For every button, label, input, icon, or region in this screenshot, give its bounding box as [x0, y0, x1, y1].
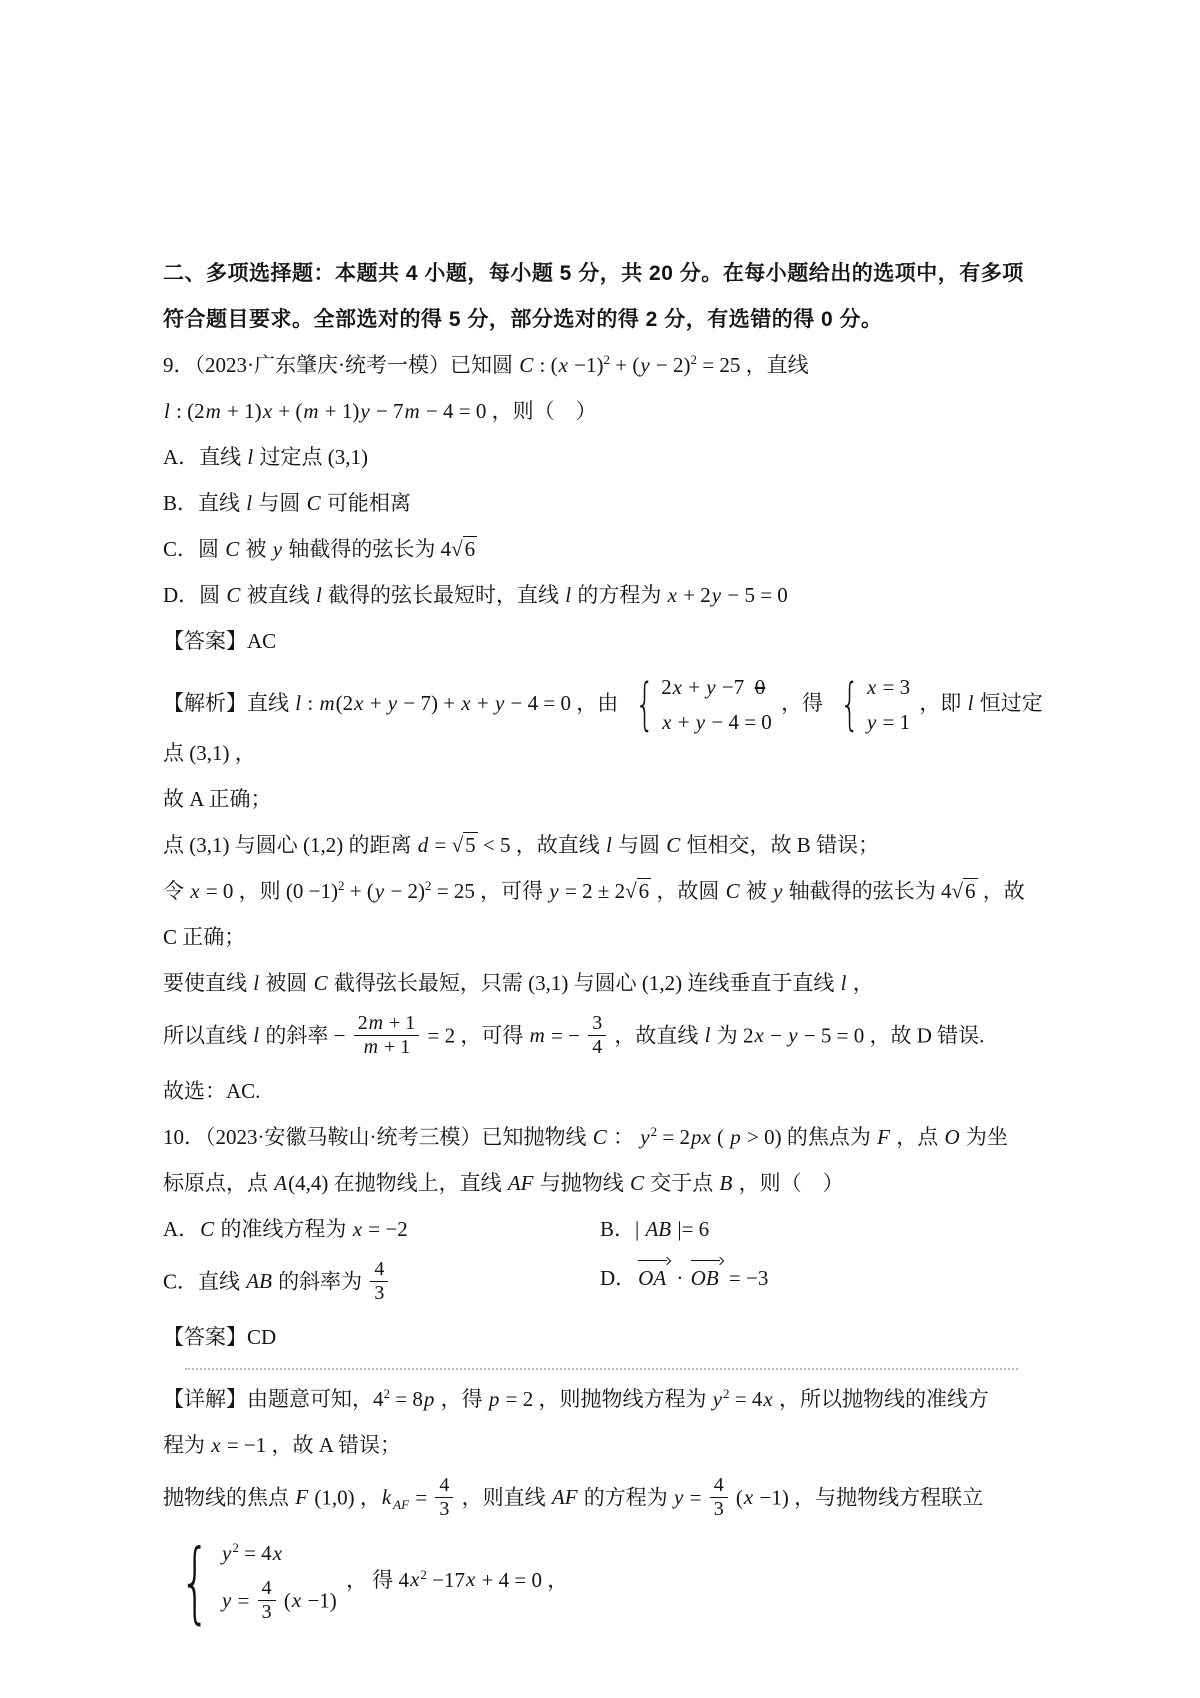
q10-answer: 【答案】CD — [163, 1322, 1063, 1353]
q9-analysis-line-6: 要使直线 l 被圆 C 截得弦长最短，只需 (3,1) 与圆心 (1,2) 连线… — [163, 968, 1063, 999]
document-page: 二、多项选择题：本题共 4 小题，每小题 5 分，共 20 分。在每小题给出的选… — [0, 0, 1200, 1698]
section-header-line-1: 二、多项选择题：本题共 4 小题，每小题 5 分，共 20 分。在每小题给出的选… — [163, 258, 1063, 289]
q10-option-c: C．直线 AB 的斜率为 43 — [163, 1260, 600, 1307]
q10-options-row-1: A．C 的准线方程为 x = −2 B．| AB |= 6 — [163, 1214, 1063, 1245]
q10-detail-line-1: 【详解】由题意可知，42 = 8p ，得 p = 2 ，则抛物线方程为 y2 =… — [163, 1384, 1063, 1415]
q9-analysis-line-7: 所以直线 l 的斜率 − 2m + 1m + 1 = 2 ，可得 m = − 3… — [163, 1014, 1063, 1061]
q10-option-b: B．| AB |= 6 — [600, 1214, 709, 1245]
q10-stem-line-1: 10．（2023·安徽马鞍山·统考三模）已知抛物线 C ： y2 = 2px (… — [163, 1122, 1063, 1153]
q9-analysis-line-4: 令 x = 0 ，则 (0 −1)2 + (y − 2)2 = 25 ，可得 y… — [163, 876, 1063, 907]
q10-detail-line-3: 抛物线的焦点 F (1,0) ，kAF = 43 ，则直线 AF 的方程为 y … — [163, 1476, 1063, 1523]
q9-analysis-line-1: 【解析】直线 l : m(2x + y − 7) + x + y − 4 = 0… — [163, 672, 1063, 769]
q9-stem-line-1: 9．（2023·广东肇庆·统考一模）已知圆 C : (x −1)2 + (y −… — [163, 350, 1063, 381]
q10-detail-line-2: 程为 x = −1 ，故 A 错误； — [163, 1430, 1063, 1461]
q10-stem-line-2: 标原点，点 A(4,4) 在抛物线上，直线 AF 与抛物线 C 交于点 B ，则… — [163, 1168, 1063, 1199]
q10-option-a: A．C 的准线方程为 x = −2 — [163, 1214, 600, 1245]
q9-option-d: D．圆 C 被直线 l 截得的弦长最短时，直线 l 的方程为 x + 2y − … — [163, 580, 1063, 611]
page-break-divider — [185, 1368, 1018, 1370]
q10-options-row-2: C．直线 AB 的斜率为 43 D．OA · OB = −3 — [163, 1260, 1063, 1307]
q10-option-d: D．OA · OB = −3 — [600, 1260, 768, 1307]
q9-option-c: C．圆 C 被 y 轴截得的弦长为 46 — [163, 534, 1063, 565]
document-content: 二、多项选择题：本题共 4 小题，每小题 5 分，共 20 分。在每小题给出的选… — [163, 258, 1063, 1641]
q9-analysis-line-2: 故 A 正确； — [163, 784, 1063, 815]
q9-analysis-line-5: C 正确； — [163, 922, 1063, 953]
q9-conclusion: 故选：AC. — [163, 1076, 1063, 1107]
q10-detail-line-4: {y2 = 4xy = 43 (x −1) ， 得 4x2 −17x + 4 =… — [163, 1538, 1063, 1626]
q9-answer: 【答案】AC — [163, 626, 1063, 657]
q9-analysis-line-3: 点 (3,1) 与圆心 (1,2) 的距离 d = 5 < 5 ，故直线 l 与… — [163, 830, 1063, 861]
q9-stem-line-2: l : (2m + 1)x + (m + 1)y − 7m − 4 = 0 ，则… — [163, 396, 1063, 427]
q9-option-a: A．直线 l 过定点 (3,1) — [163, 442, 1063, 473]
q9-option-b: B．直线 l 与圆 C 可能相离 — [163, 488, 1063, 519]
section-header-line-2: 符合题目要求。全部选对的得 5 分，部分选对的得 2 分，有选错的得 0 分。 — [163, 304, 1063, 335]
